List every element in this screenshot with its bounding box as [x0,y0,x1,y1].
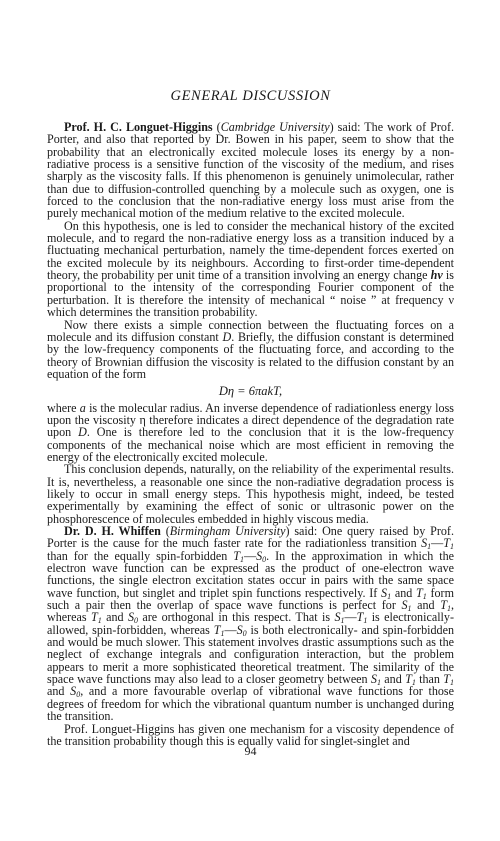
page-heading: GENERAL DISCUSSION [47,88,454,105]
paragraph-conclusion: This conclusion depends, naturally, on t… [47,463,454,525]
paragraph-radius: where a is the molecular radius. An inve… [47,402,454,464]
paragraph-text: The work of Prof. Porter, and also that … [47,120,454,220]
document-body: Prof. H. C. Longuet-Higgins (Cambridge U… [47,121,454,747]
paragraph-whiffen: Dr. D. H. Whiffen (Birmingham University… [47,525,454,723]
page-number: 94 [47,744,454,759]
paragraph-hypothesis: On this hypothesis, one is led to consid… [47,220,454,319]
paragraph-diffusion: Now there exists a simple connection bet… [47,319,454,381]
equation-text: Dη = 6πakT, [47,385,454,397]
equation: Dη = 6πakT, [47,385,454,397]
paragraph-text: . One is therefore led to the conclusion… [47,425,454,464]
paragraph-text: , and a more favourable overlap of vibra… [47,684,454,723]
paragraph-longuet-higgins: Prof. H. C. Longuet-Higgins (Cambridge U… [47,121,454,220]
paragraph-text: On this hypothesis, one is led to consid… [47,219,454,282]
